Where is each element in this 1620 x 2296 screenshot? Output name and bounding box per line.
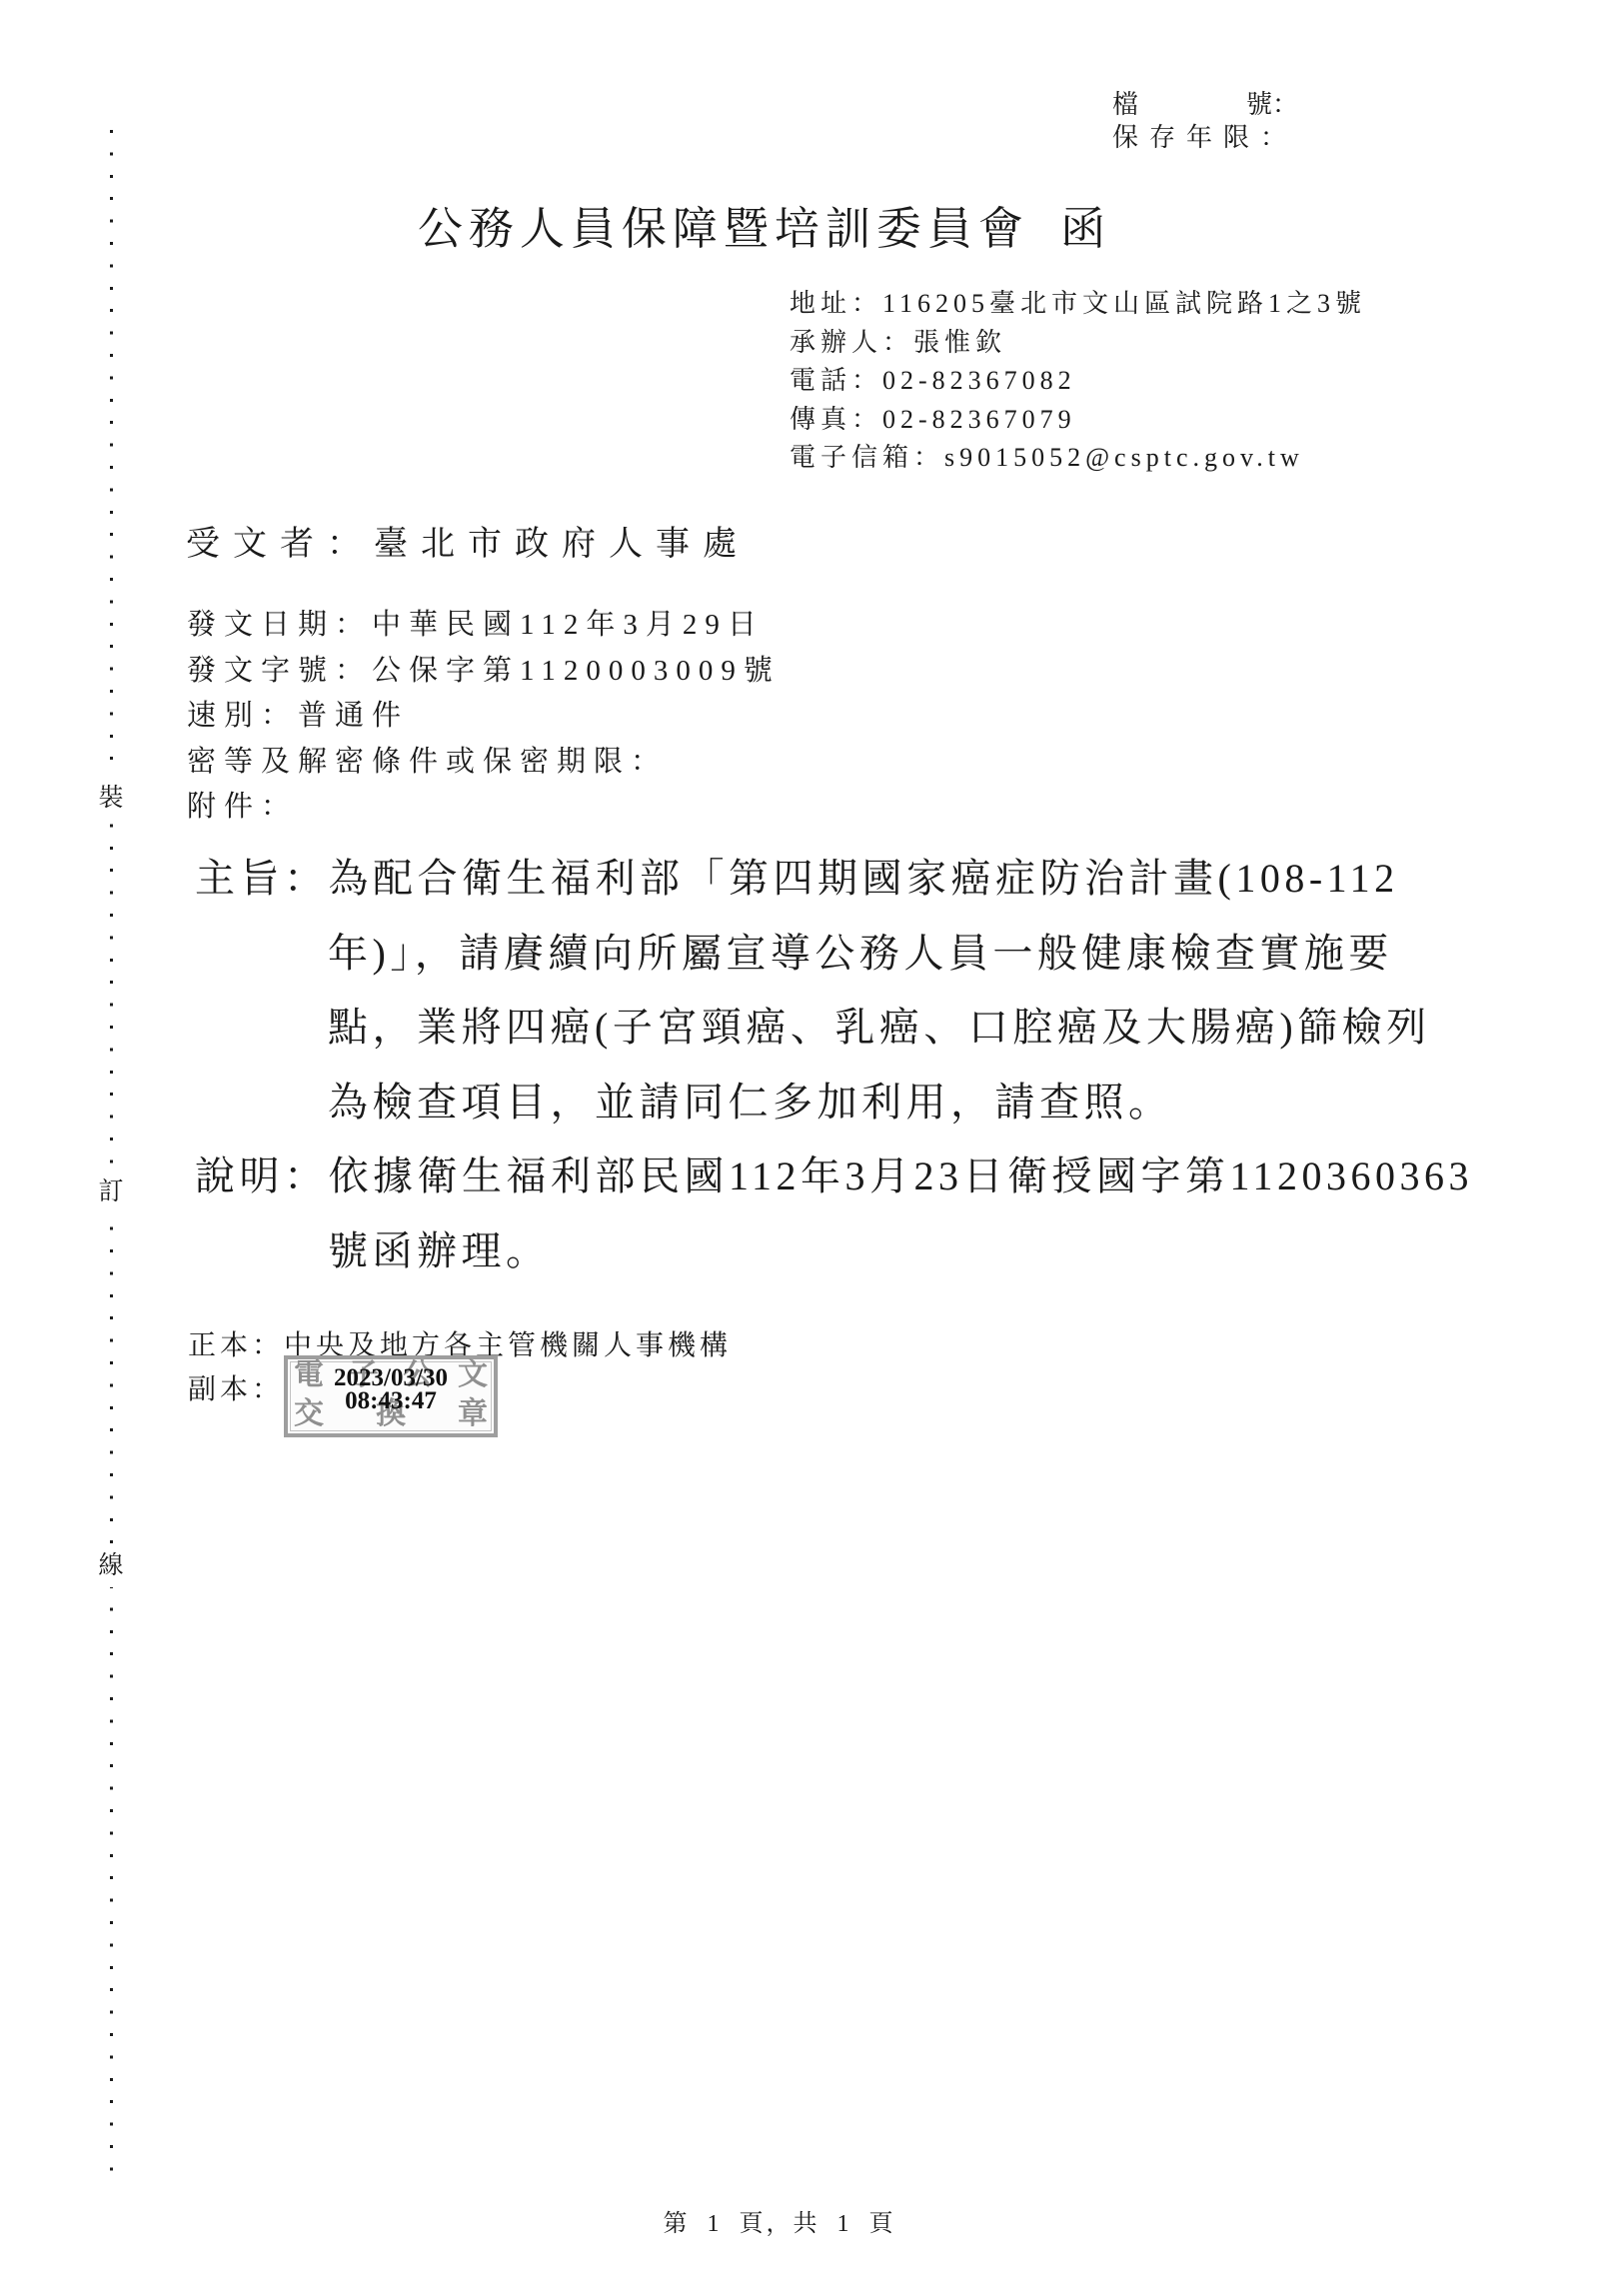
sender-email: 電子信箱：s9015052@csptc.gov.tw	[790, 439, 1366, 478]
subject-line-3: 點，業將四癌(子宮頸癌、乳癌、口腔癌及大腸癌)篩檢列	[195, 991, 1431, 1066]
file-number-row: 檔 號：	[1112, 88, 1298, 121]
file-number-label: 號：	[1246, 88, 1298, 121]
stamp-time: 08:43:47	[288, 1389, 494, 1412]
description-line-2: 號函辦理。	[195, 1214, 1473, 1289]
recipient-line: 受文者：臺北市政府人事處	[186, 516, 750, 565]
description-paragraph: 說明：依據衛生福利部民國112年3月23日衛授國字第1120360363 號函辦…	[195, 1140, 1473, 1288]
sender-fax: 傳真：02-82367079	[790, 401, 1366, 440]
subject-label: 主旨：	[195, 856, 329, 901]
sender-phone: 電話：02-82367082	[790, 362, 1366, 401]
sender-contact-person: 承辦人：張惟欽	[790, 324, 1366, 363]
document-title: 公務人員保障暨培訓委員會 函	[0, 192, 1529, 257]
binding-char-zhuang: 裝	[96, 777, 126, 820]
subject-text-1: 為配合衛生福利部「第四期國家癌症防治計畫(108-112	[329, 856, 1399, 901]
page-number-footer: 第 1 頁，共 1 頁	[0, 2203, 1559, 2238]
sender-contact-block: 地址：116205臺北市文山區試院路1之3號 承辦人：張惟欽 電話：02-823…	[790, 285, 1366, 478]
file-label: 檔	[1112, 88, 1138, 121]
subject-paragraph: 主旨：為配合衛生福利部「第四期國家癌症防治計畫(108-112 年)」，請賡續向…	[195, 842, 1431, 1140]
security-line: 密等及解密條件或保密期限：	[187, 740, 781, 786]
stamp-date: 2023/03/30	[288, 1366, 494, 1389]
binding-char-ding: 訂	[96, 1170, 126, 1213]
binding-dotted-line	[110, 130, 113, 2187]
binding-char-xian: 線	[96, 1544, 126, 1587]
file-number-block: 檔 號： 保存年限：	[1112, 88, 1298, 154]
copy-recipients-label: 副本：	[188, 1367, 284, 1407]
stamp-datetime: 2023/03/30 08:43:47	[288, 1366, 494, 1412]
subject-line-4: 為檢查項目，並請同仁多加利用，請查照。	[195, 1066, 1431, 1141]
document-number-line: 發文字號：公保字第1120003009號	[187, 649, 781, 695]
document-meta-block: 發文日期：中華民國112年3月29日 發文字號：公保字第1120003009號 …	[187, 603, 781, 831]
retention-label: 保存年限：	[1112, 121, 1298, 154]
issue-date-line: 發文日期：中華民國112年3月29日	[187, 603, 781, 649]
sender-address: 地址：116205臺北市文山區試院路1之3號	[790, 285, 1366, 324]
description-text-1: 依據衛生福利部民國112年3月23日衛授國字第1120360363	[329, 1153, 1474, 1198]
description-line-1: 說明：依據衛生福利部民國112年3月23日衛授國字第1120360363	[195, 1140, 1473, 1214]
subject-line-1: 主旨：為配合衛生福利部「第四期國家癌症防治計畫(108-112	[195, 842, 1431, 917]
electronic-exchange-stamp: 電 子 公 文 交 換 章 2023/03/30 08:43:47	[284, 1355, 498, 1437]
priority-line: 速別：普通件	[187, 694, 781, 740]
description-label: 說明：	[195, 1153, 329, 1198]
subject-line-2: 年)」，請賡續向所屬宣導公務人員一般健康檢查實施要	[195, 917, 1431, 992]
official-letter-page: 裝 訂 線 檔 號： 保存年限： 公務人員保障暨培訓委員會 函 地址：11620…	[0, 0, 1620, 2296]
attachment-line: 附件：	[187, 785, 781, 831]
